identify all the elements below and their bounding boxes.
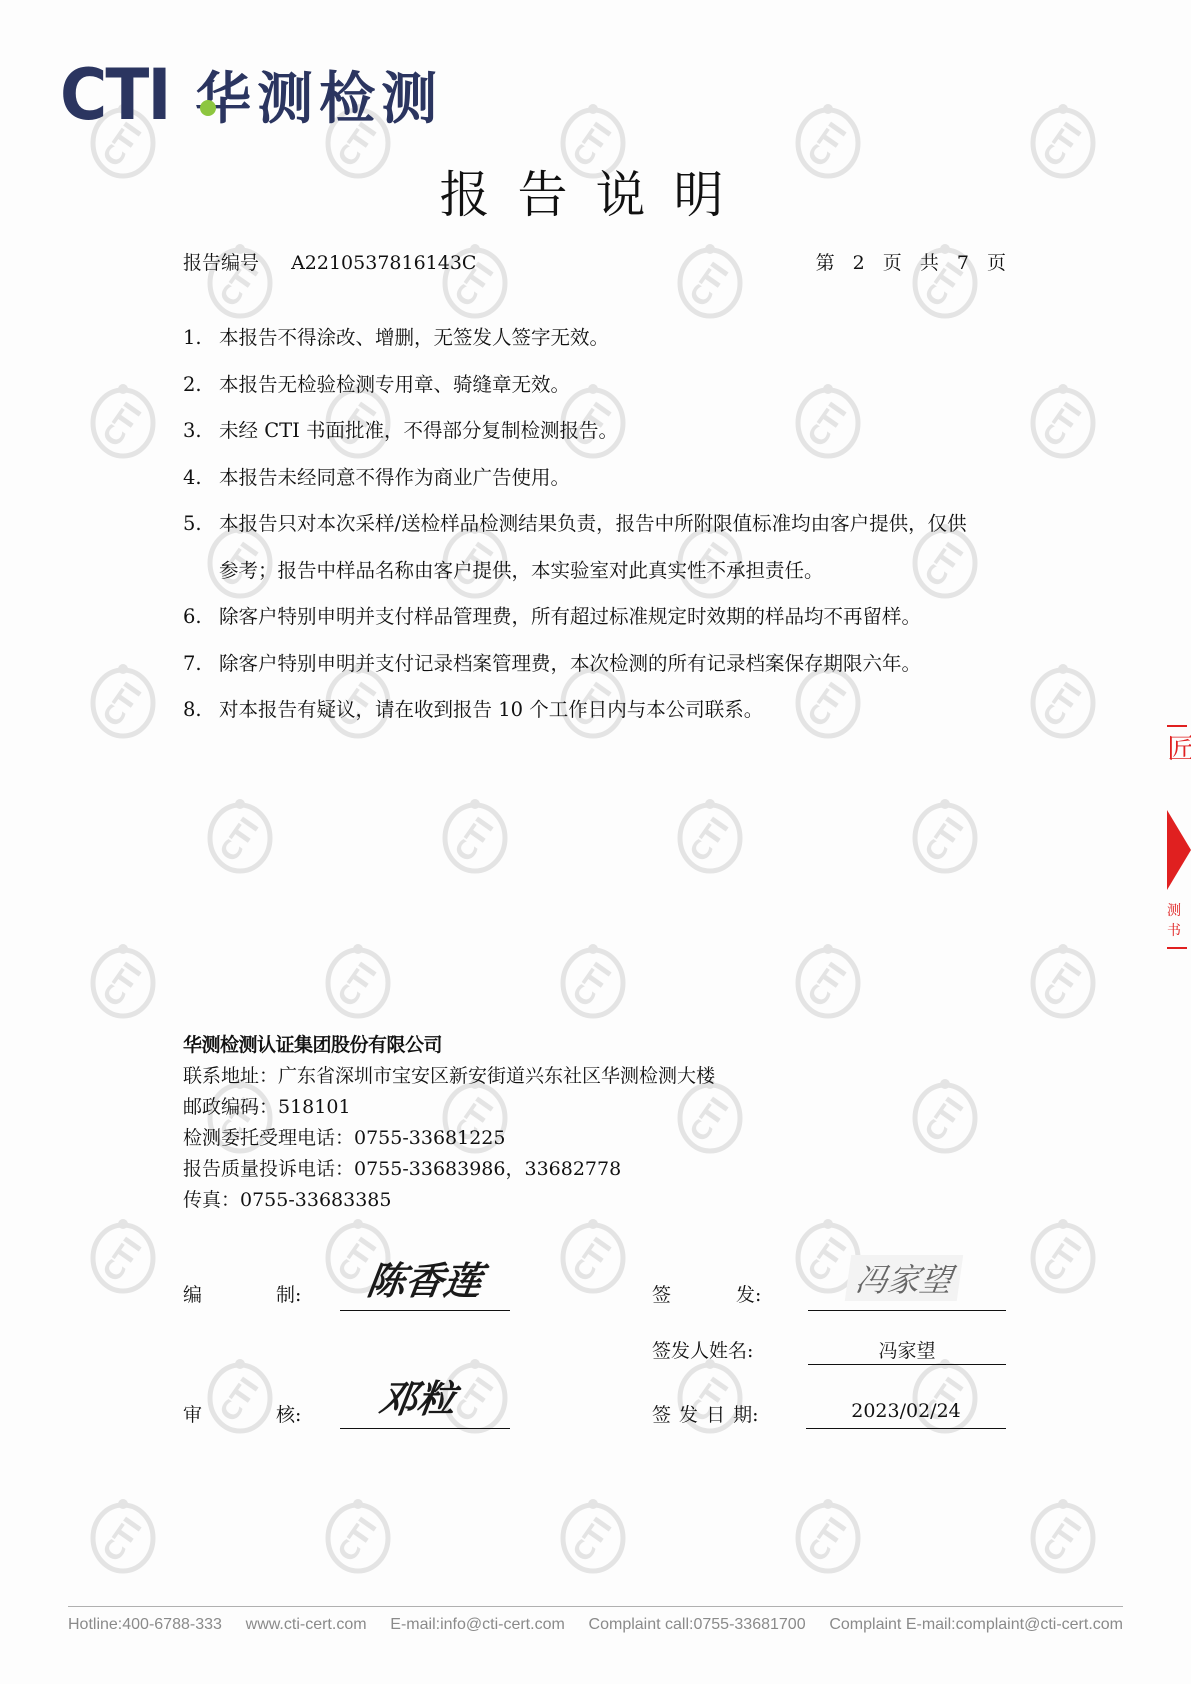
signature-block: 编 制: 陈香莲 审 核: 邓粒 签 发: 冯家望 签发人姓名: 冯家望 签 发… bbox=[0, 0, 1191, 1684]
issuer-name: 冯家望 bbox=[808, 1336, 1006, 1363]
seal-text: 测书 bbox=[1167, 900, 1191, 940]
footer-divider bbox=[68, 1606, 1123, 1607]
seal-star-icon bbox=[1167, 810, 1191, 890]
issued-signature: 冯家望 bbox=[845, 1255, 963, 1301]
red-seal-stamp: 匠 测书 bbox=[1167, 725, 1191, 955]
compiled-signature-line bbox=[340, 1310, 510, 1311]
reviewed-label-a: 审 bbox=[183, 1400, 202, 1427]
footer-hotline: Hotline:400-6788-333 bbox=[68, 1616, 222, 1634]
issued-label-b: 发: bbox=[736, 1280, 761, 1307]
footer: Hotline:400-6788-333 www.cti-cert.com E-… bbox=[68, 1616, 1123, 1634]
footer-complaint-call: Complaint call:0755-33681700 bbox=[589, 1616, 806, 1634]
seal-char: 匠 bbox=[1167, 725, 1187, 775]
reviewed-signature: 邓粒 bbox=[376, 1368, 460, 1423]
footer-website[interactable]: www.cti-cert.com bbox=[246, 1616, 367, 1634]
footer-complaint-email[interactable]: Complaint E-mail:complaint@cti-cert.com bbox=[829, 1616, 1123, 1634]
footer-email[interactable]: E-mail:info@cti-cert.com bbox=[390, 1616, 565, 1634]
issue-date: 2023/02/24 bbox=[806, 1400, 1006, 1422]
seal-border bbox=[1167, 947, 1187, 949]
issue-date-line bbox=[806, 1428, 1006, 1429]
issuer-name-line bbox=[808, 1364, 1006, 1365]
issued-signature-line bbox=[808, 1310, 1006, 1311]
compiled-label-a: 编 bbox=[183, 1280, 202, 1307]
reviewed-label-b: 核: bbox=[276, 1400, 301, 1427]
compiled-label-b: 制: bbox=[276, 1280, 301, 1307]
issuer-name-label: 签发人姓名: bbox=[652, 1336, 753, 1363]
issued-label-a: 签 bbox=[652, 1280, 671, 1307]
reviewed-signature-line bbox=[340, 1428, 510, 1429]
issue-date-label: 签 发 日 期: bbox=[652, 1400, 759, 1427]
compiled-signature: 陈香莲 bbox=[364, 1250, 486, 1305]
